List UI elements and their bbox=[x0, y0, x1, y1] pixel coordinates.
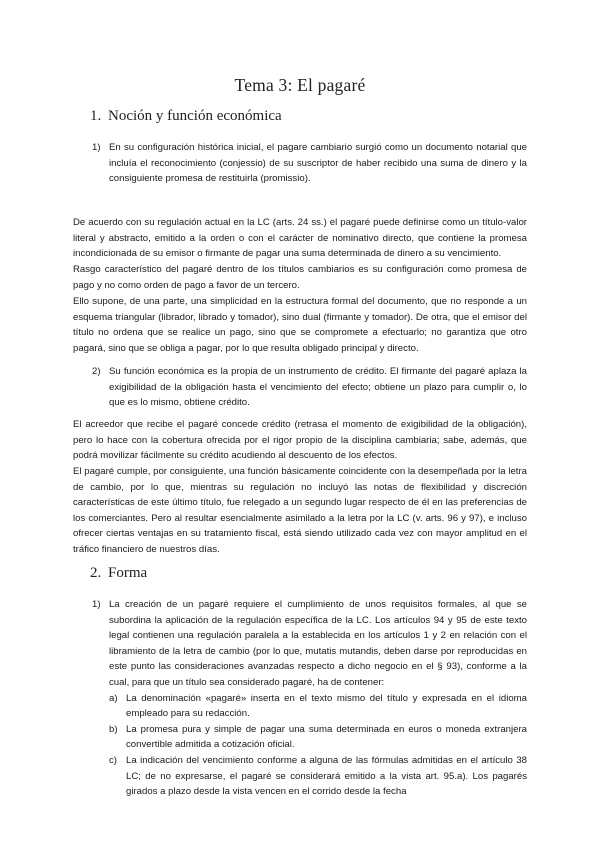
item-text: La creación de un pagaré requiere el cum… bbox=[109, 597, 527, 691]
section-title: Noción y función económica bbox=[108, 108, 282, 124]
sub-item-text: La promesa pura y simple de pagar una su… bbox=[126, 722, 527, 753]
sub-item-text: La denominación «pagaré» inserta en el t… bbox=[126, 691, 527, 722]
document-title: Tema 3: El pagaré bbox=[0, 75, 600, 96]
sub-item-a: a) La denominación «pagaré» inserta en e… bbox=[109, 691, 527, 722]
paragraph: Rasgo característico del pagaré dentro d… bbox=[73, 262, 527, 293]
item-number: 2) bbox=[92, 364, 101, 380]
sub-item-letter: a) bbox=[109, 691, 118, 707]
paragraph: El acreedor que recibe el pagaré concede… bbox=[73, 417, 527, 464]
item-text: En su configuración histórica inicial, e… bbox=[109, 140, 527, 187]
section-number: 2. bbox=[90, 565, 108, 582]
section-title: Forma bbox=[108, 565, 147, 581]
document-page: Tema 3: El pagaré 1.Noción y función eco… bbox=[0, 0, 600, 848]
sub-item-letter: c) bbox=[109, 753, 117, 769]
item-text: Su función económica es la propia de un … bbox=[109, 364, 527, 411]
sub-item-text: La indicación del vencimiento conforme a… bbox=[126, 753, 527, 800]
section-heading-2: 2.Forma bbox=[90, 565, 147, 582]
section-heading-1: 1.Noción y función económica bbox=[90, 108, 282, 125]
sub-item-b: b) La promesa pura y simple de pagar una… bbox=[109, 722, 527, 753]
item-number: 1) bbox=[92, 597, 101, 613]
paragraph: De acuerdo con su regulación actual en l… bbox=[73, 215, 527, 262]
numbered-item: 1) En su configuración histórica inicial… bbox=[92, 140, 527, 187]
paragraph: El pagaré cumple, por consiguiente, una … bbox=[73, 464, 527, 558]
sub-item-letter: b) bbox=[109, 722, 118, 738]
sub-item-c: c) La indicación del vencimiento conform… bbox=[109, 753, 527, 800]
paragraph: Ello supone, de una parte, una simplicid… bbox=[73, 294, 527, 356]
item-number: 1) bbox=[92, 140, 101, 156]
numbered-item: 1) La creación de un pagaré requiere el … bbox=[92, 597, 527, 800]
sub-list: a) La denominación «pagaré» inserta en e… bbox=[109, 691, 527, 800]
section-number: 1. bbox=[90, 108, 108, 125]
numbered-item: 2) Su función económica es la propia de … bbox=[92, 364, 527, 411]
